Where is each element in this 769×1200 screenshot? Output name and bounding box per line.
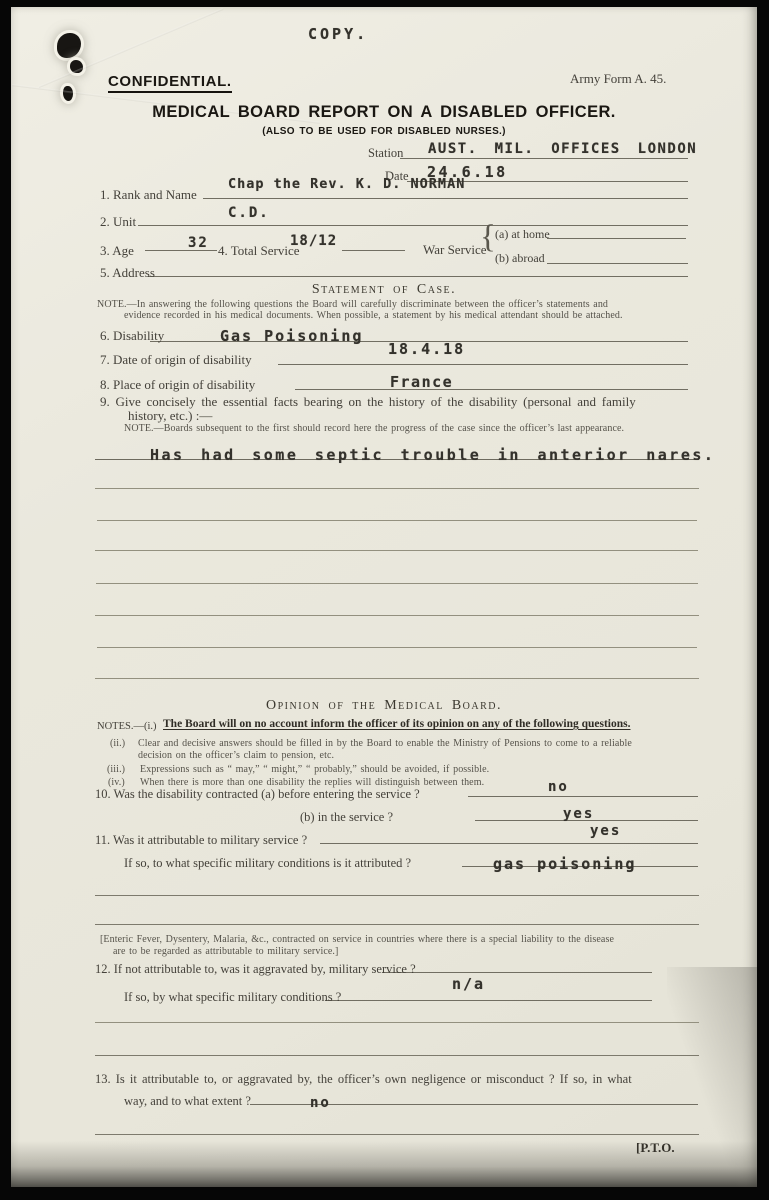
war-service-label: War Service bbox=[423, 242, 487, 258]
fill-line bbox=[320, 843, 698, 844]
enteric-note-line1: [Enteric Fever, Dysentery, Malaria, &c.,… bbox=[100, 934, 614, 945]
fill-line bbox=[547, 238, 686, 239]
fill-line bbox=[325, 1000, 652, 1001]
fill-line bbox=[148, 276, 688, 277]
q11-sub-label: If so, to what specific military conditi… bbox=[124, 856, 411, 871]
ruled-line bbox=[97, 520, 697, 521]
q13-label-line2: way, and to what extent ? bbox=[124, 1094, 251, 1109]
q8-label: 8. Place of origin of disability bbox=[100, 377, 255, 393]
q4-label: 4. Total Service bbox=[218, 243, 300, 259]
opinion-note3-prefix: (iii.) bbox=[107, 764, 125, 775]
q12-label: 12. If not attributable to, was it aggra… bbox=[95, 962, 416, 977]
enteric-note-line2: are to be regarded as attributable to mi… bbox=[113, 946, 338, 957]
q11-sub-value: gas poisoning bbox=[493, 855, 636, 873]
war-service-b-label: (b) abroad bbox=[495, 251, 545, 266]
ruled-line bbox=[95, 488, 699, 489]
q11-label: 11. Was it attributable to military serv… bbox=[95, 833, 307, 848]
ruled-line bbox=[95, 1055, 699, 1056]
punch-hole bbox=[57, 33, 81, 58]
q13-label-line1: 13. Is it attributable to, or aggravated… bbox=[95, 1072, 632, 1087]
statement-note-line1: NOTE.—In answering the following questio… bbox=[97, 299, 608, 310]
pto-marker: [P.T.O. bbox=[636, 1140, 675, 1156]
opinion-note2-line1: Clear and decisive answers should be fil… bbox=[138, 738, 632, 749]
form-title: MEDICAL BOARD REPORT ON A DISABLED OFFIC… bbox=[11, 103, 757, 122]
copy-stamp: COPY. bbox=[308, 25, 368, 43]
q9-label-line2: history, etc.) :— bbox=[128, 408, 212, 424]
ruled-line bbox=[95, 678, 699, 679]
q12-value: n/a bbox=[452, 975, 485, 993]
station-value: AUST. MIL. OFFICES LONDON bbox=[428, 141, 697, 157]
form-subtitle: (ALSO TO BE USED FOR DISABLED NURSES.) bbox=[11, 126, 757, 137]
war-service-brace: { bbox=[480, 219, 496, 256]
form-paper: COPY. CONFIDENTIAL. Army Form A. 45. MED… bbox=[11, 7, 757, 1187]
q2-value: C.D. bbox=[228, 205, 270, 221]
q10b-label: (b) in the service ? bbox=[300, 810, 393, 825]
q3-label: 3. Age bbox=[100, 243, 134, 259]
fill-line bbox=[342, 250, 405, 251]
fill-line bbox=[295, 389, 688, 390]
paper-corner-shadow bbox=[667, 967, 757, 1187]
army-form-number: Army Form A. 45. bbox=[570, 71, 666, 87]
q5-label: 5. Address bbox=[100, 265, 155, 281]
fill-line bbox=[278, 364, 688, 365]
war-service-a-label: (a) at home bbox=[495, 227, 550, 242]
q4-value: 18/12 bbox=[290, 233, 337, 249]
q9-note: NOTE.—Boards subsequent to the first sho… bbox=[124, 423, 624, 434]
ruled-line bbox=[95, 1022, 699, 1023]
ruled-line bbox=[95, 615, 699, 616]
fill-line bbox=[547, 263, 688, 264]
ruled-line bbox=[95, 1134, 699, 1135]
opinion-heading: Opinion of the Medical Board. bbox=[11, 698, 757, 714]
ruled-line bbox=[95, 895, 699, 896]
q11-value: yes bbox=[590, 823, 621, 839]
fill-line bbox=[203, 198, 688, 199]
q12-sub-label: If so, by what specific military conditi… bbox=[124, 990, 341, 1005]
q7-label: 7. Date of origin of disability bbox=[100, 352, 252, 368]
opinion-note1: The Board will on no account inform the … bbox=[163, 718, 631, 730]
q3-value: 32 bbox=[188, 235, 209, 251]
ruled-line bbox=[95, 924, 699, 925]
fill-line bbox=[138, 225, 688, 226]
opinion-note3: Expressions such as “ may,” “ might,” “ … bbox=[140, 764, 489, 775]
statement-heading: Statement of Case. bbox=[11, 282, 757, 298]
ruled-line bbox=[97, 647, 697, 648]
confidential-stamp: CONFIDENTIAL. bbox=[108, 73, 232, 93]
q2-label: 2. Unit bbox=[100, 214, 136, 230]
fill-line bbox=[382, 972, 652, 973]
q7-value: 18.4.18 bbox=[388, 340, 465, 358]
q10b-value: yes bbox=[563, 806, 594, 822]
ruled-line bbox=[96, 583, 698, 584]
q6-value: Gas Poisoning bbox=[220, 327, 363, 345]
q9-value: Has had some septic trouble in anterior … bbox=[150, 446, 715, 464]
q13-value: no bbox=[310, 1095, 331, 1111]
ruled-line bbox=[95, 550, 698, 551]
fill-line bbox=[400, 158, 688, 159]
q6-label: 6. Disability bbox=[100, 328, 164, 344]
station-label: Station bbox=[368, 146, 403, 161]
q10-label: 10. Was the disability contracted (a) be… bbox=[95, 787, 420, 802]
q10-value: no bbox=[548, 779, 569, 795]
q1-label: 1. Rank and Name bbox=[100, 187, 197, 203]
opinion-note2-line2: decision on the officer’s claim to pensi… bbox=[138, 750, 334, 761]
opinion-note1-prefix: NOTES.—(i.) bbox=[97, 721, 157, 732]
scanned-document-page: COPY. CONFIDENTIAL. Army Form A. 45. MED… bbox=[0, 0, 769, 1200]
q8-value: France bbox=[390, 373, 453, 391]
opinion-note2-prefix: (ii.) bbox=[110, 738, 125, 749]
q1-value: Chap the Rev. K. D. NORMAN bbox=[228, 176, 465, 192]
fill-line bbox=[468, 796, 698, 797]
statement-note-line2: evidence recorded in his medical documen… bbox=[124, 310, 623, 321]
